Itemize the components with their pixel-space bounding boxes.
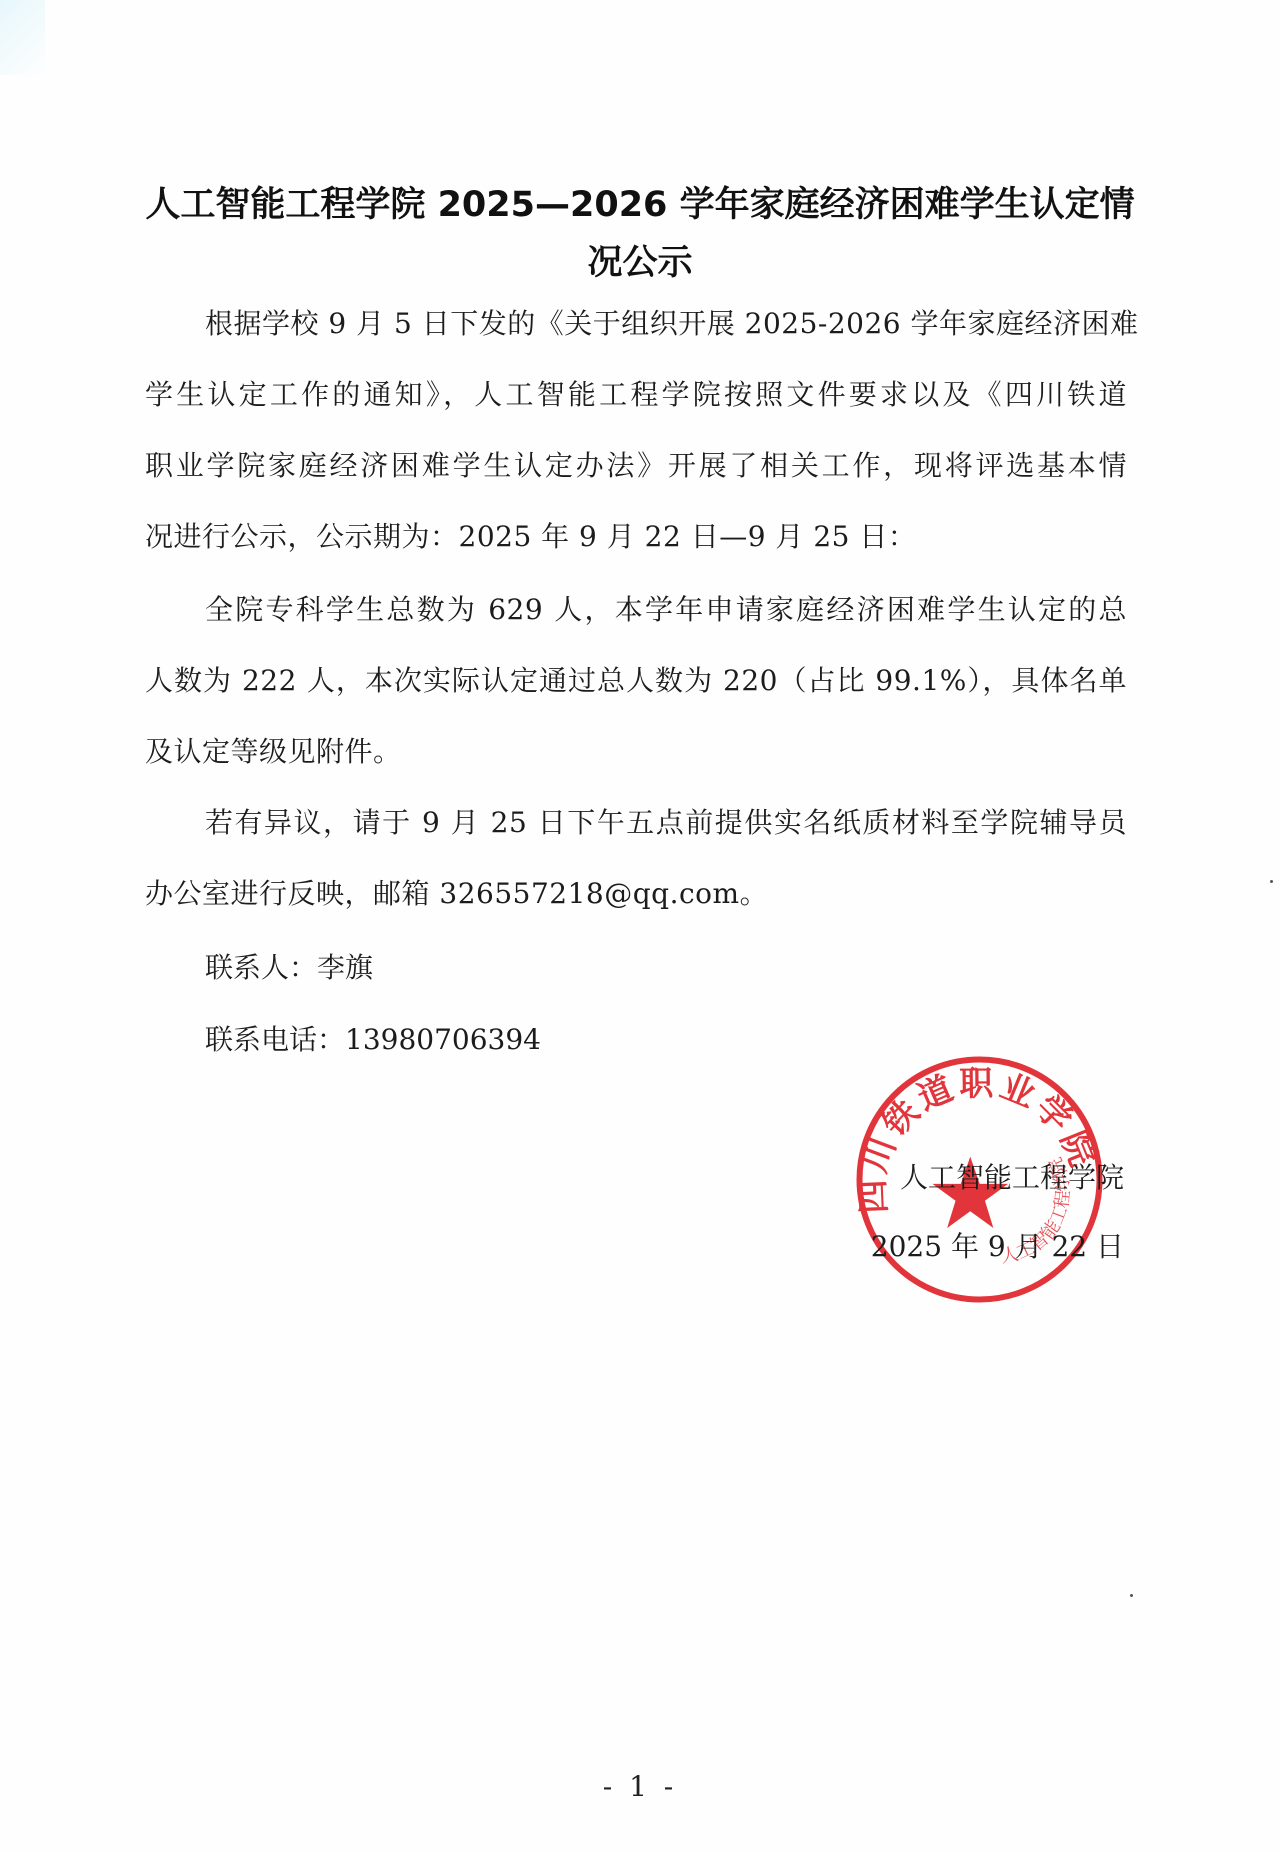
document-title-line2: 况公示 bbox=[140, 234, 1140, 292]
document-page: 人工智能工程学院 2025—2026 学年家庭经济困难学生认定情 况公示 根据学… bbox=[0, 0, 1280, 1852]
scan-speck bbox=[1130, 1594, 1133, 1597]
signature-organization: 人工智能工程学院 bbox=[900, 1158, 1124, 1198]
signature-date: 2025 年 9 月 22 日 bbox=[871, 1227, 1124, 1267]
paragraph-line: 全院专科学生总数为 629 人，本学年申请家庭经济困难学生认定的总 bbox=[145, 574, 1127, 645]
page-number: - 1 - bbox=[0, 1770, 1280, 1803]
paragraph-objection: 若有异议，请于 9 月 25 日下午五点前提供实名纸质材料至学院辅导员 办公室进… bbox=[145, 787, 1127, 929]
paragraph-line: 根据学校 9 月 5 日下发的《关于组织开展 2025-2026 学年家庭经济困… bbox=[145, 288, 1127, 359]
paragraph-basis: 根据学校 9 月 5 日下发的《关于组织开展 2025-2026 学年家庭经济困… bbox=[145, 288, 1127, 572]
paragraph-line: 学生认定工作的通知》，人工智能工程学院按照文件要求以及《四川铁道 bbox=[145, 359, 1127, 430]
scan-corner-artifact bbox=[0, 0, 45, 75]
contact-phone: 联系电话：13980706394 bbox=[205, 1020, 541, 1060]
paragraph-line: 及认定等级见附件。 bbox=[145, 716, 1127, 787]
paragraph-line: 况进行公示，公示期为：2025 年 9 月 22 日—9 月 25 日： bbox=[145, 501, 1127, 572]
contact-person: 联系人：李旗 bbox=[205, 948, 373, 988]
paragraph-line: 若有异议，请于 9 月 25 日下午五点前提供实名纸质材料至学院辅导员 bbox=[145, 787, 1127, 858]
paragraph-statistics: 全院专科学生总数为 629 人，本学年申请家庭经济困难学生认定的总 人数为 22… bbox=[145, 574, 1127, 787]
scan-speck bbox=[1270, 880, 1273, 883]
paragraph-line: 人数为 222 人，本次实际认定通过总人数为 220（占比 99.1%），具体名… bbox=[145, 645, 1127, 716]
document-title-line1: 人工智能工程学院 2025—2026 学年家庭经济困难学生认定情 bbox=[140, 176, 1140, 234]
paragraph-line: 职业学院家庭经济困难学生认定办法》开展了相关工作，现将评选基本情 bbox=[145, 430, 1127, 501]
paragraph-line: 办公室进行反映，邮箱 326557218@qq.com。 bbox=[145, 858, 1127, 929]
